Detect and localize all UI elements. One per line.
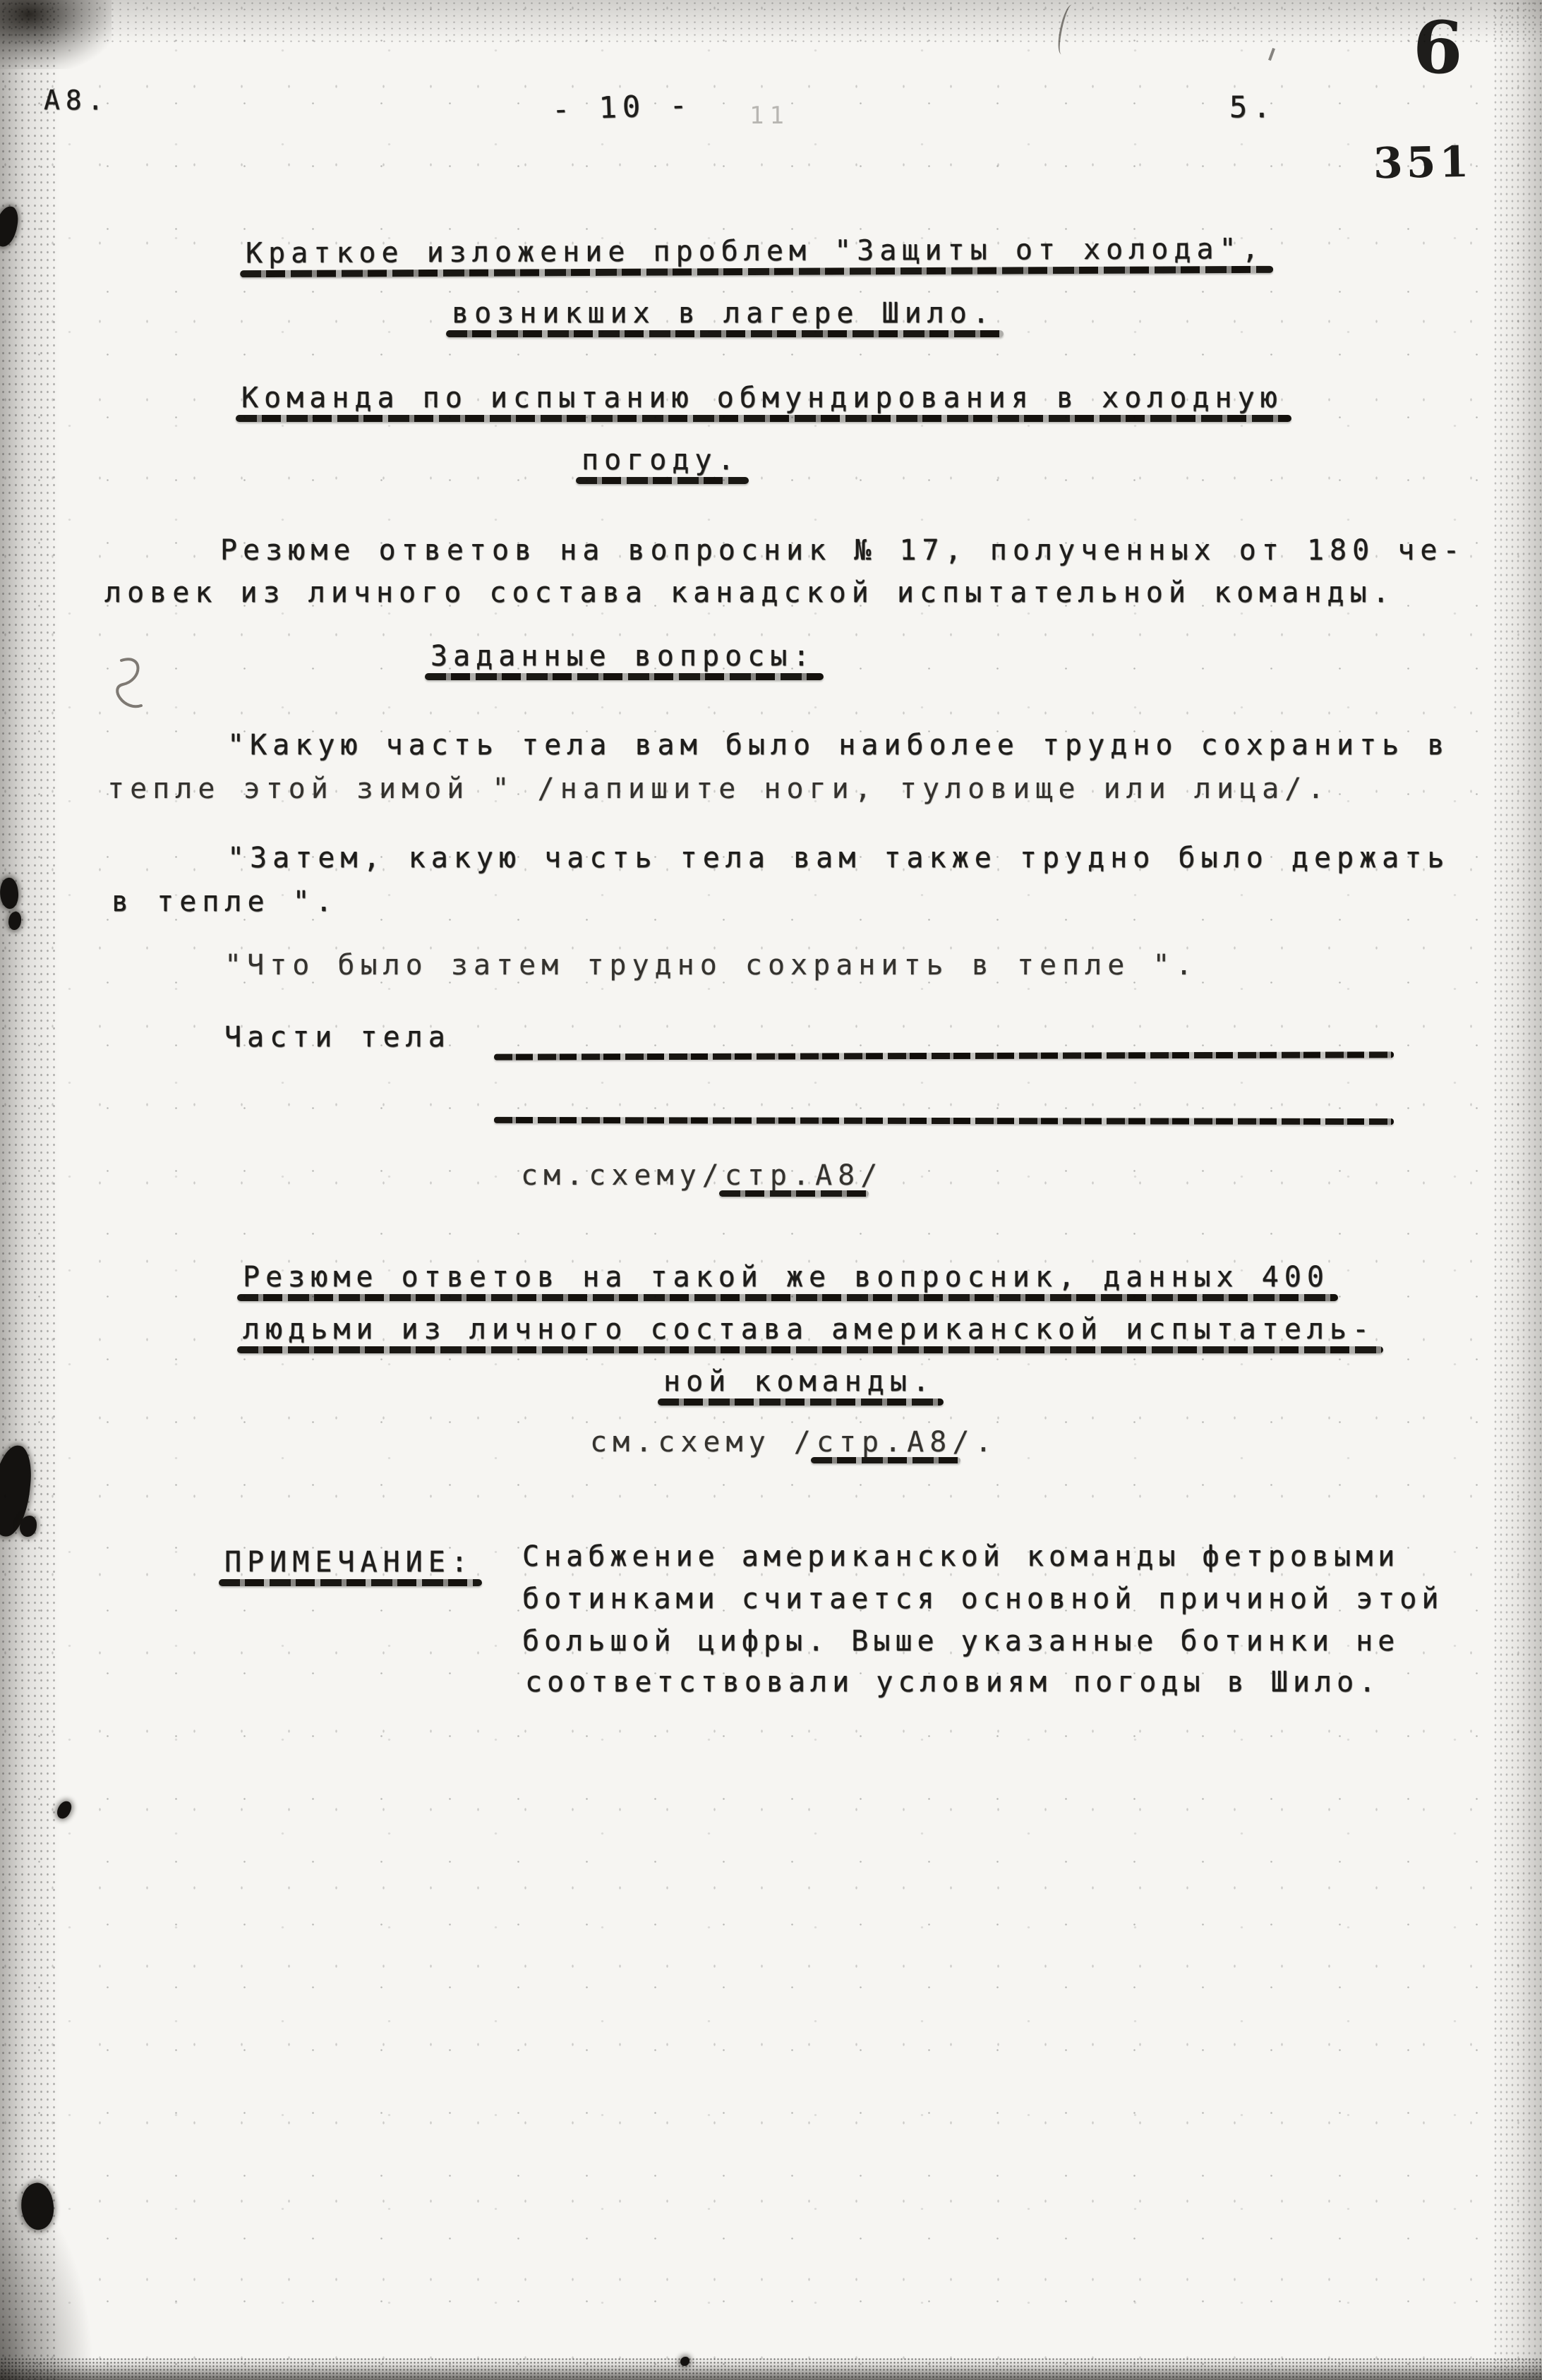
ink-blob xyxy=(0,876,20,910)
pen-tick-mark xyxy=(1268,48,1275,61)
summary-canadian-line-1: Резюме ответов на вопросник № 17, получе… xyxy=(220,533,1466,567)
see-chart-ref-1: см.схему/стр.А8/ xyxy=(521,1159,883,1192)
note-line-4: соответствовали условиям погоды в Шило. xyxy=(525,1665,1380,1699)
see-chart-1-page-ref: стр.А8 xyxy=(725,1159,861,1192)
note-line-1: Снабжение американской команды фетровыми xyxy=(522,1540,1399,1573)
ink-blob xyxy=(20,1516,37,1537)
summary-american-line-3: ной команды. xyxy=(663,1365,935,1399)
see-chart-2-suffix: /. xyxy=(952,1426,997,1458)
question-3: "Что было затем трудно сохранить в тепле… xyxy=(224,948,1198,982)
item-number: 5. xyxy=(1229,90,1277,124)
scan-grain-top xyxy=(0,0,1542,42)
ink-blob xyxy=(17,2180,59,2233)
subtitle-line-2: погоду. xyxy=(582,443,740,477)
see-chart-2-page-ref: стр.А8 xyxy=(817,1425,953,1459)
title-line-2: возникших в лагере Шило. xyxy=(452,296,995,330)
body-parts-blank-line-1 xyxy=(494,1051,1394,1060)
summary-canadian-line-2: ловек из личного состава канадской испыт… xyxy=(104,576,1395,610)
question-2-line-1: "Затем, какую часть тела вам также трудн… xyxy=(227,841,1450,875)
ink-smudge xyxy=(55,1799,73,1821)
scan-grain-right xyxy=(1493,0,1542,2380)
subtitle-line-1: Команда по испытанию обмундирования в хо… xyxy=(241,381,1283,415)
ink-blob xyxy=(8,912,21,930)
see-chart-1-suffix: / xyxy=(860,1159,883,1192)
summary-american-line-1: Резюме ответов на такой же вопросник, да… xyxy=(243,1260,1330,1294)
scan-grain-left xyxy=(0,0,59,2380)
pencil-squiggle-mark xyxy=(112,655,155,720)
scan-stain-top-left xyxy=(0,0,112,69)
see-chart-1-prefix: см.схему/ xyxy=(521,1159,725,1192)
ink-blob xyxy=(0,205,20,248)
see-chart-ref-2: см.схему /стр.А8/. xyxy=(590,1425,998,1459)
pen-scratch-mark xyxy=(1055,4,1079,56)
questions-heading: Заданные вопросы: xyxy=(430,639,815,673)
folio-handwritten-number: 6 xyxy=(1411,5,1464,91)
scanned-document-page: А8. - 10 - 11 5. 6 351 Краткое изложение… xyxy=(0,0,1542,2380)
body-parts-label: Части тела xyxy=(224,1020,451,1054)
summary-american-line-2: людьми из личного состава американской и… xyxy=(243,1312,1375,1346)
note-label: ПРИМЕЧАНИЕ: xyxy=(224,1545,474,1579)
see-chart-2-prefix: см.схему / xyxy=(590,1426,817,1458)
folio-stamp-number: 351 xyxy=(1373,138,1472,188)
page-number: - 10 - xyxy=(551,88,693,127)
note-line-2: ботинками считается основной причиной эт… xyxy=(522,1582,1443,1616)
question-2-line-2: в тепле ". xyxy=(112,885,338,919)
page-ref: А8. xyxy=(44,83,109,117)
question-1-line-1: "Какую часть тела вам было наиболее труд… xyxy=(227,728,1450,762)
note-line-3: большой цифры. Выше указанные ботинки не xyxy=(522,1624,1399,1658)
ghost-mark: 11 xyxy=(749,99,790,133)
ink-dot xyxy=(680,2357,689,2366)
scan-grain-bottom xyxy=(0,2357,1542,2380)
title-line-1: Краткое изложение проблем "Защиты от хол… xyxy=(246,232,1265,270)
question-1-line-2: тепле этой зимой " /напишите ноги, тулов… xyxy=(107,772,1330,806)
body-parts-blank-line-2 xyxy=(494,1117,1394,1125)
